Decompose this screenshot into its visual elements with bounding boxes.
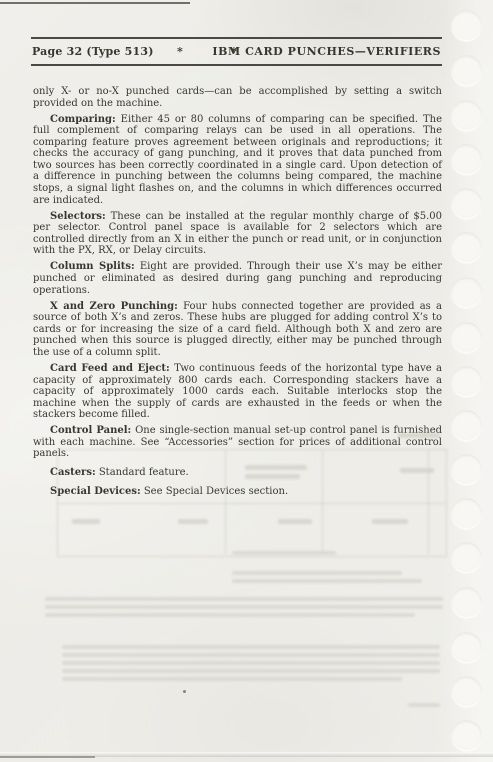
punch-hole <box>451 55 482 86</box>
punch-hole <box>451 454 482 485</box>
bleedthrough-text <box>278 519 312 524</box>
paragraph-label: Casters: <box>50 467 96 478</box>
punch-hole <box>451 720 482 751</box>
bleedthrough-text <box>232 571 402 575</box>
scan-speck <box>183 690 186 693</box>
paragraph-comparing: Comparing: Either 45 or 80 columns of co… <box>33 114 442 206</box>
paragraph-label: X and Zero Punching: <box>50 301 178 312</box>
paragraph-label: Special Devices: <box>50 486 141 497</box>
punch-hole <box>451 100 482 131</box>
paragraph-text: Either 45 or 80 columns of comparing can… <box>33 114 442 206</box>
bleedthrough-text <box>372 519 408 524</box>
running-title: IBM CARD PUNCHES—VERIFIERS <box>212 45 441 58</box>
page-number-label: Page 32 (Type 513) <box>32 45 154 58</box>
paragraph-control-panel: Control Panel: One single-section manual… <box>33 425 442 460</box>
page-header: Page 32 (Type 513) * * IBM CARD PUNCHES—… <box>31 37 442 66</box>
punch-hole <box>451 277 482 308</box>
bleedthrough-text <box>45 597 443 601</box>
header-rule-bottom <box>31 64 442 66</box>
punch-hole <box>451 632 482 663</box>
scan-edge-artifact <box>0 2 190 4</box>
paragraph-special-devices: Special Devices: See Special Devices sec… <box>33 486 442 498</box>
punch-hole <box>451 10 482 41</box>
scanned-manual-page: Page 32 (Type 513) * * IBM CARD PUNCHES—… <box>0 0 493 762</box>
page-bottom-edge-shadow <box>0 756 95 758</box>
punch-hole <box>451 542 482 573</box>
punch-hole <box>451 322 482 353</box>
header-asterisk: * <box>177 45 183 58</box>
punch-hole <box>451 366 482 397</box>
bleedthrough-text <box>232 579 422 583</box>
bleedthrough-text <box>45 605 443 609</box>
punch-hole <box>451 232 482 263</box>
bleedthrough-table-line <box>58 503 445 504</box>
bleedthrough-text <box>72 519 100 524</box>
paragraph-label: Comparing: <box>50 114 116 125</box>
page-body: only X- or no-X punched cards—can be acc… <box>33 86 442 502</box>
bleedthrough-text <box>62 661 440 665</box>
bleedthrough-text <box>232 551 336 555</box>
punch-hole <box>451 410 482 441</box>
paragraph-x-zero-punching: X and Zero Punching: Four hubs connected… <box>33 301 442 359</box>
paragraph-text: Standard feature. <box>99 467 189 478</box>
bleedthrough-text <box>62 669 440 673</box>
paragraph-text: See Special Devices section. <box>144 486 288 497</box>
punch-hole <box>451 188 482 219</box>
paragraph-card-feed-eject: Card Feed and Eject: Two continuous feed… <box>33 363 442 421</box>
bleedthrough-text <box>408 703 440 707</box>
paragraph-label: Control Panel: <box>50 425 131 436</box>
paragraph-label: Card Feed and Eject: <box>50 363 170 374</box>
paragraph-selectors: Selectors: These can be installed at the… <box>33 211 442 257</box>
punch-hole <box>451 498 482 529</box>
paragraph-text: only X- or no-X punched cards—can be acc… <box>33 86 442 109</box>
paragraph-column-splits: Column Splits: Eight are provided. Throu… <box>33 261 442 296</box>
bleedthrough-text <box>62 645 440 649</box>
bleedthrough-text <box>45 613 415 617</box>
bleedthrough-text <box>62 677 402 681</box>
paragraph-label: Selectors: <box>50 211 106 222</box>
paragraph-label: Column Splits: <box>50 261 135 272</box>
paragraph-continuation: only X- or no-X punched cards—can be acc… <box>33 86 442 109</box>
bleedthrough-text <box>178 519 208 524</box>
bleedthrough-text <box>62 653 440 657</box>
punch-hole <box>451 587 482 618</box>
paragraph-casters: Casters: Standard feature. <box>33 467 442 479</box>
punch-hole <box>451 144 482 175</box>
punch-hole <box>451 676 482 707</box>
